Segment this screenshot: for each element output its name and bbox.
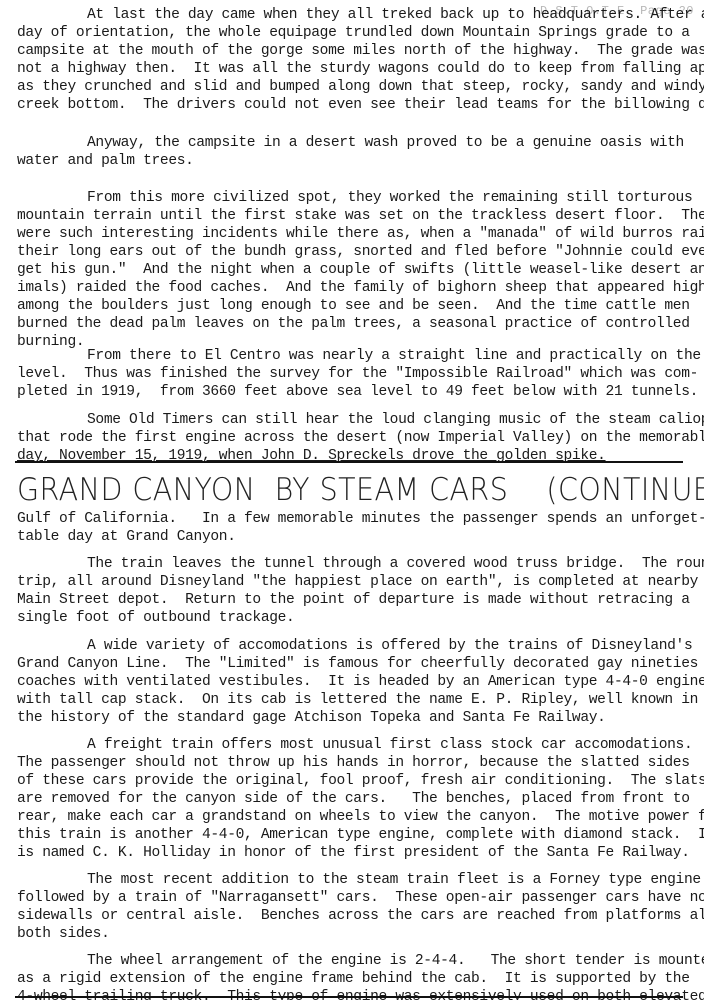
text-line: The train leaves the tunnel through a co… bbox=[87, 555, 704, 573]
text-line: The most recent addition to the steam tr… bbox=[87, 871, 701, 889]
text-line: not a highway then. It was all the sturd… bbox=[17, 60, 704, 78]
text-line: burned the dead palm leaves on the palm … bbox=[17, 315, 690, 333]
text-line: Main Street depot. Return to the point o… bbox=[17, 591, 690, 609]
text-line: campsite at the mouth of the gorge some … bbox=[17, 42, 704, 60]
text-line: 4-wheel trailing truck. This type of eng… bbox=[17, 988, 704, 1000]
text-line: burning. bbox=[17, 333, 84, 351]
text-line: Some Old Timers can still hear the loud … bbox=[87, 411, 704, 429]
text-line: imals) raided the food caches. And the f… bbox=[17, 279, 704, 297]
text-line: day of orientation, the whole equipage t… bbox=[17, 24, 690, 42]
section-divider bbox=[15, 461, 683, 463]
document-page: D.S.T.O.T.E. Page 20 At last the day cam… bbox=[0, 0, 704, 1000]
text-line: Grand Canyon Line. The "Limited" is famo… bbox=[17, 655, 698, 673]
text-line: are removed for the canyon side of the c… bbox=[17, 790, 690, 808]
text-line: this train is another 4-4-0, American ty… bbox=[17, 826, 704, 844]
text-line: pleted in 1919, from 3660 feet above sea… bbox=[17, 383, 698, 401]
text-line: At last the day came when they all treke… bbox=[87, 6, 704, 24]
text-line: A freight train offers most unusual firs… bbox=[87, 736, 692, 754]
text-line: The wheel arrangement of the engine is 2… bbox=[87, 952, 704, 970]
text-line: single foot of outbound trackage. bbox=[17, 609, 294, 627]
text-line: both sides. bbox=[17, 925, 110, 943]
text-line: is named C. K. Holliday in honor of the … bbox=[17, 844, 690, 862]
text-line: creek bottom. The drivers could not even… bbox=[17, 96, 704, 114]
text-line: coaches with ventilated vestibules. It i… bbox=[17, 673, 704, 691]
text-line: were such interesting incidents while th… bbox=[17, 225, 704, 243]
text-line: get his gun." And the night when a coupl… bbox=[17, 261, 704, 279]
article-title: GRAND CANYON BY STEAM CARS (CONTINUED) bbox=[17, 472, 704, 508]
text-line: From there to El Centro was nearly a str… bbox=[87, 347, 701, 365]
text-line: that rode the first engine across the de… bbox=[17, 429, 704, 447]
text-line: From this more civilized spot, they work… bbox=[87, 189, 692, 207]
text-line: level. Thus was finished the survey for … bbox=[17, 365, 698, 383]
text-line: with tall cap stack. On its cab is lette… bbox=[17, 691, 698, 709]
text-line: among the boulders just long enough to s… bbox=[17, 297, 690, 315]
text-line: rear, make each car a grandstand on whee… bbox=[17, 808, 704, 826]
text-line: followed by a train of "Narragansett" ca… bbox=[17, 889, 704, 907]
text-line: Gulf of California. In a few memorable m… bbox=[17, 510, 704, 528]
text-line: their long ears out of the bundh grass, … bbox=[17, 243, 704, 261]
bottom-divider bbox=[15, 996, 683, 998]
text-line: The passenger should not throw up his ha… bbox=[17, 754, 690, 772]
text-line: of these cars provide the original, fool… bbox=[17, 772, 704, 790]
text-line: trip, all around Disneyland "the happies… bbox=[17, 573, 698, 591]
text-line: mountain terrain until the first stake w… bbox=[17, 207, 704, 225]
text-line: as they crunched and slid and bumped alo… bbox=[17, 78, 704, 96]
text-line: the history of the standard gage Atchiso… bbox=[17, 709, 606, 727]
text-line: Anyway, the campsite in a desert wash pr… bbox=[87, 134, 684, 152]
text-line: water and palm trees. bbox=[17, 152, 194, 170]
text-line: A wide variety of accomodations is offer… bbox=[87, 637, 692, 655]
text-line: as a rigid extension of the engine frame… bbox=[17, 970, 690, 988]
text-line: sidewalls or central aisle. Benches acro… bbox=[17, 907, 704, 925]
text-line: table day at Grand Canyon. bbox=[17, 528, 236, 546]
